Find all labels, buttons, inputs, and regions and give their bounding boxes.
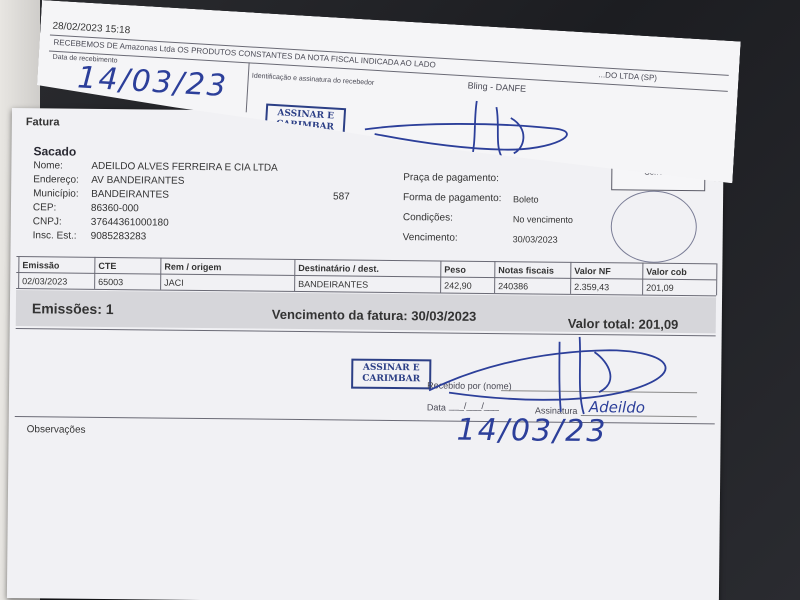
sacado-field-label: Nome:	[33, 160, 63, 171]
stub-company: ...DO LTDA (SP)	[598, 70, 657, 82]
sacado-field-value: 9085283283	[91, 231, 147, 243]
payment-field-value: 30/03/2023	[513, 234, 558, 244]
payment-field-label: Condições:	[403, 212, 453, 224]
handwritten-circle-mark	[610, 190, 697, 263]
table-cell: BANDEIRANTES	[298, 279, 368, 290]
payment-field-label: Vencimento:	[403, 232, 458, 244]
table-cell: 240386	[498, 281, 528, 291]
sacado-field-label: Insc. Est.:	[33, 230, 77, 241]
table-cell: 242,90	[444, 281, 472, 291]
valor-total: Valor total: 201,09	[568, 316, 679, 332]
payment-field-label: Praça de pagamento:	[403, 172, 499, 184]
table-header-cell: CTE	[98, 261, 116, 271]
table-column-divider	[294, 259, 295, 291]
sacado-title: Sacado	[33, 144, 76, 158]
sacado-field-label: Endereço:	[33, 174, 79, 185]
table-column-divider	[642, 263, 643, 295]
table-header-cell: Valor cob	[646, 267, 687, 277]
table-cell: 65003	[98, 277, 123, 287]
fatura-label: Fatura	[26, 116, 60, 128]
table-column-divider	[440, 260, 441, 292]
payment-field-value: Boleto	[513, 194, 539, 204]
observacoes-label: Observações	[27, 424, 86, 436]
sacado-field-value: ADEILDO ALVES FERREIRA E CIA LTDA	[91, 161, 277, 174]
sacado-field-value: 86360-000	[91, 203, 139, 215]
emissoes-count: Emissões: 1	[32, 300, 114, 317]
stub-brand: Bling - DANFE	[467, 80, 526, 93]
handwritten-date: 14/03/23	[456, 413, 607, 450]
table-header-cell: Notas fiscais	[498, 265, 554, 276]
stub-id-label: Identificação e assinatura do recebedor	[252, 73, 375, 87]
signature-scribble	[409, 330, 700, 423]
stub-handwritten-date: 14/03/23	[76, 60, 229, 104]
sacado-field-label: CNPJ:	[33, 216, 62, 227]
table-cell: 201,09	[646, 283, 674, 293]
table-cell: 2.359,43	[574, 282, 609, 292]
table-header-cell: Valor NF	[574, 266, 611, 276]
sacado-field-label: CEP:	[33, 202, 56, 213]
invoice-sheet: Fatura NF-e Nº 002284 Série 1 Sacado Nom…	[7, 108, 724, 600]
table-column-divider	[18, 256, 19, 288]
table-header-cell: Destinatário / dest.	[298, 263, 379, 274]
stub-timestamp: 28/02/2023 15:18	[52, 21, 130, 37]
sacado-field-value: 37644361000180	[91, 217, 169, 229]
table-column-divider	[494, 261, 495, 293]
sacado-field-label: Município:	[33, 188, 79, 199]
table-column-divider	[570, 262, 571, 294]
stub-divider	[246, 62, 250, 112]
table-column-divider	[716, 263, 717, 295]
table-header-cell: Emissão	[22, 260, 59, 270]
payment-field-label: Forma de pagamento:	[403, 192, 502, 204]
table-cell: JACI	[164, 278, 184, 288]
address-number: 587	[333, 191, 350, 202]
sacado-field-value: AV BANDEIRANTES	[91, 175, 184, 187]
table-cell: 02/03/2023	[22, 276, 67, 286]
table-column-divider	[94, 257, 95, 289]
table-header-cell: Rem / origem	[164, 262, 221, 273]
table-column-divider	[160, 258, 161, 290]
sacado-field-value: BANDEIRANTES	[91, 189, 169, 201]
table-header-cell: Peso	[444, 265, 466, 275]
payment-field-value: No vencimento	[513, 214, 573, 225]
vencimento-fatura: Vencimento da fatura: 30/03/2023	[272, 307, 477, 324]
